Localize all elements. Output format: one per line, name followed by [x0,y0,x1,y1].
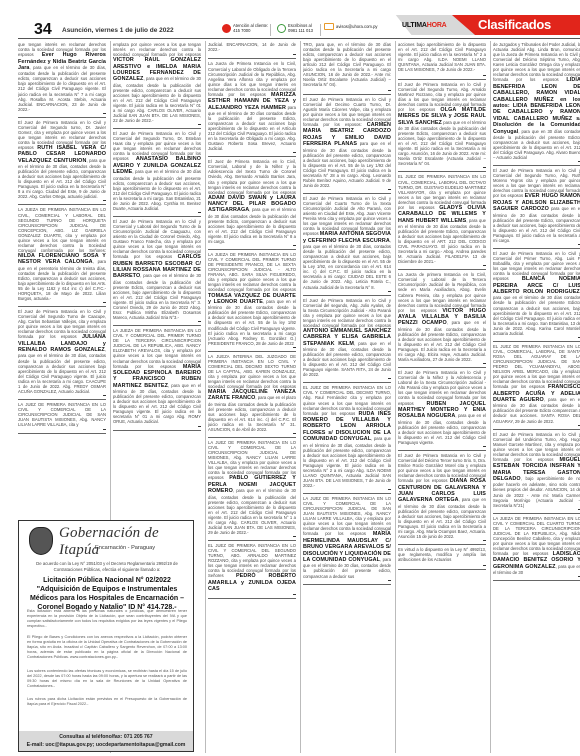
classified-ad: emplaza por quince veces a los que tenga… [113,41,201,129]
ad-body-text: El Juez de Primera Instancia en lo Civil… [208,159,296,194]
divider [270,24,271,36]
ad-body-text: , para que en el término de 30 días cont… [113,273,201,320]
classified-ad: El Juez de Primera Instancia en lo Civil… [493,250,580,342]
ad-body-text: , para que en el término de 30 días, con… [18,158,106,200]
ad-reference-mark: ▬ [208,244,296,247]
ad-body-text: , para que en el término de 30 días cont… [398,497,486,539]
column-3: Judicial. ENCARNACION, 14 de Junio de 20… [208,41,296,753]
ad-reference-mark: ▬ [303,377,391,380]
ad-reference-mark: ▬ [113,211,201,214]
ad-reference-mark: ▬ [493,243,580,246]
ad-body-text: , para que en el término de 30 días cont… [398,320,486,362]
ad-body-text: LA JUEZ DE PRIMERA INSTANCIA EN LO CIVIL… [208,440,296,480]
ad-body-text: , para que en el término de 30 días cont… [493,289,580,336]
ad-body-text: , para que en el término de 30 días, con… [18,347,106,394]
classified-ad: El Juez de Primera Instancia en lo Civil… [303,195,391,296]
ad-body-text: emplaza por quince veces a los que tenga… [113,42,201,57]
contact-value: 415 7000 [233,28,250,33]
ad-reference-mark: ▬ [398,166,486,169]
ad-reference-mark: ▬ [113,425,201,428]
classified-ad: EL JUEZ DE PRIMERA INSTANCIA EN LO CIVIL… [398,173,486,270]
ad-body-text: LA JUEZ DE PRIMERA INSTANCIA EN LO CIVIL… [18,402,106,427]
section-title: Clasificados [478,17,551,32]
ad-reference-mark: ▬ [493,575,580,578]
classified-ad: TRO, para que, en el término de 30 días … [303,41,391,95]
ad-body-text: de Juzgados y Tribunales del Poder Judic… [493,42,580,82]
whatsapp-icon [277,24,286,33]
ad-body-text: LA JUEZA DE PRIMERA INSTANCIA EN LO CIVI… [113,328,201,368]
ad-body-text: acciones bajo apercibimiento de lo dispu… [398,42,486,72]
ad-reference-mark: ▬ [303,290,391,293]
classified-ad: La Jueza de Primera Instancia en lo Civi… [208,60,296,157]
contact-value[interactable]: avisos@uhora.com.py [336,24,378,29]
ad-contact-footer: Consultas al teléfono/fax: 071 205 767 E… [19,731,193,751]
ad-body-text: El Juez de Primera Instancia en lo Civil… [303,298,391,328]
classified-ad: El Juez de Primera Instancia en lo Civil… [18,119,106,206]
ad-reference-mark: ▬ [303,188,391,191]
ad-intro: De acuerdo con la Ley N° 2051/03 y el De… [29,561,185,572]
ad-reference-mark: ▬ [208,432,296,435]
classified-ad: que tengan interés en reclamar derechos … [18,41,106,118]
classified-ad: Judicial. ENCARNACION, 14 de Junio de 20… [208,41,296,59]
classified-ad: El Juez de Primera Instancia en lo Civil… [398,81,486,173]
classified-ad: LA JUEZA DE PRIMERA INSTANCIA EN LO CIVI… [18,206,106,307]
ad-reference-mark: ▬ [208,151,296,154]
ad-reference-mark: ▬ [493,336,580,339]
coat-of-arms-icon [29,527,53,555]
ad-body-text: LA JUEZA DE PRIMERA INSTANCIA EN LO CIVI… [18,207,106,252]
classified-ad: LA JUEZA DE PRIMERA INSTANCIA EN LO CIVI… [208,251,296,352]
classified-ad: El Juez de Primera Instancia en lo Civil… [18,308,106,400]
ad-reference-mark: ▬ [398,445,486,448]
page-header: 34 Asunción, viernes 1 de julio de 2022 … [0,0,580,38]
classified-ad: El Juez de Primera Instancia en lo Civil… [493,431,580,514]
ad-reference-mark: ▬ [18,199,106,202]
classified-ad: El Juez de Primera Instancia en lo Civil… [493,167,580,249]
ad-body-text: , para que en el perentorio término de t… [18,259,106,301]
ad-body-text: para que en el término de 30 días contad… [303,141,391,188]
page-number: 34 [34,24,52,36]
contact-value: 0981 111 013 [288,28,313,33]
ad-body-text: Judicial. ENCARNACION, 14 de Junio de 20… [208,42,296,52]
ad-paragraph: Los sobres conteniendo las ofertas técni… [27,669,187,689]
ad-body-text: El Juez de Primera Instancia en lo Civil… [303,196,391,236]
ad-body-text: LA JUEZA INTERINA DEL JUZGADO DE PRIMERA… [208,354,296,389]
ad-body-text: , para que en el término de 30 días, con… [18,65,106,112]
classified-ad: El Juez de Primera Instancia en lo Civil… [113,130,201,217]
ad-body-text: EL JUEZ DE PRIMERA INSTANCIA EN LO CIVIL… [493,344,580,389]
ad-paragraph: Esta licitación está abierta a las perso… [27,609,187,629]
ad-body-text: , para que en el término de 30 días cont… [208,207,296,244]
classified-ad: de Juzgados y Tribunales del Poder Judic… [493,41,580,166]
ad-body-text: , para que en el término de 30 días, con… [303,341,391,378]
ad-body-text: LA JUEZA DE PRIMERA INSTANCIA EN LO CIVI… [493,516,580,556]
ad-reference-mark: ▬ [398,362,486,365]
ad-reference-mark: ▬ [303,488,391,491]
ad-party-names: LIDIA BENEFRIDA LEON DE CABALLERO, RAMON… [493,77,580,134]
classified-ad: EL JUEZ DE PRIMERA INSTANCIA EN LO CIVIL… [303,384,391,494]
ad-body-text: , para que en el término de 30 días, con… [303,238,391,290]
ad-reference-mark: ▬ [18,301,106,304]
ad-reference-mark: ▬ [208,535,296,538]
ad-headline: Licitación Pública Nacional N° 02/2022 "… [27,576,187,612]
classified-ad: En virtud a lo dispuesto en la Ley N° 49… [398,546,486,570]
ad-reference-mark: ▬ [113,123,201,126]
classified-ad: acciones bajo apercibimiento de lo dispu… [398,41,486,80]
whatsapp-contact: Escribinos al0981 111 013 [277,23,313,33]
ad-reference-mark: ▬ [18,394,106,397]
divider [320,24,321,36]
ad-reference-mark: ▬ [113,320,201,323]
ad-reference-mark: ▬ [493,160,580,163]
classified-ad: El Juez de Primera Instancia en lo Civil… [303,96,391,194]
phone-icon [222,24,231,33]
ad-reference-mark: ▬ [493,424,580,427]
classified-ad: EL JUEZ DE PRIMERA INSTANCIA EN LO CIVIL… [208,542,296,599]
ad-body-text: En virtud a lo dispuesto en la Ley N° 49… [398,547,486,562]
classified-ad: El Juez de Primera Instancia en lo Civil… [303,297,391,384]
ad-body-text: para que en el término de 30 días contad… [493,206,580,243]
ad-reference-mark: ▬ [398,264,486,267]
brand-logo: ULTIMAHORA [402,22,447,29]
ad-body-text: La Jueza de primera Instancia en lo Civi… [398,272,486,312]
ad-body-text: El Juez de Primera Instancia en lo Civil… [113,219,201,259]
ad-reference-mark: ▬ [493,508,580,511]
ad-body-text: LA JUEZA DE PRIMERA INSTANCIA EN LO CIVI… [208,252,296,292]
classified-ad: EL JUEZ DE PRIMERA INSTANCIA EN LO CIVIL… [493,343,580,430]
header-rule [18,38,580,39]
ad-subtitle: Encarnación - Paraguay [95,545,155,551]
ad-body-text: , para que en el término de 30 días cont… [113,169,201,211]
ad-paragraph: El Pliego de Bases y Condiciones con los… [27,635,187,660]
ad-body-text: , para que en el término de 30 días, con… [303,436,391,488]
ad-reference-mark: ▬ [18,428,106,431]
ad-body-text: LA JUEZ DE PRIMERA INSTANCIA EN LO CIVIL… [303,496,391,536]
ad-body-text: TRO, para que, en el término de 30 días … [303,42,391,87]
ad-body-text: para que en el término de 30 días contad… [398,120,486,167]
ad-body-text: para que en el término de 30 días contad… [208,105,296,152]
classified-ad: LA JUEZ DE PRIMERA INSTANCIA EN LO CIVIL… [208,439,296,541]
ad-reference-mark: ▬ [208,53,296,56]
government-tender-ad: Gobernación de Itapúa Encarnación - Para… [18,520,194,752]
column-2: emplaza por quince veces a los que tenga… [113,41,201,519]
ad-reference-mark: ▬ [303,89,391,92]
classified-ad: La Jueza de primera Instancia en lo Civi… [398,271,486,368]
ad-paragraph: Los rubros para dicha Licitación están p… [27,697,187,707]
ad-body-text: , para que en el término de 30 días, con… [113,76,201,123]
column-5: acciones bajo apercibimiento de lo dispu… [398,41,486,753]
ad-reference-mark: ▬ [398,539,486,542]
ad-title: Gobernación de Itapúa [59,525,193,559]
column-1: que tengan interés en reclamar derechos … [18,41,106,519]
ad-body-text: , para que en el término de 30 días cont… [398,218,486,265]
classified-ad: LA JUEZ DE PRIMERA INSTANCIA EN LO CIVIL… [303,495,391,585]
ad-body-text: , para que en el término de 30 días, con… [113,383,201,425]
column-4: TRO, para que, en el término de 30 días … [303,41,391,753]
classified-ad: LA JUEZA DE PRIMERA INSTANCIA EN LO CIVI… [113,327,201,430]
classified-ad: El Juez de Primera Instancia en lo Civil… [208,158,296,250]
ad-reference-mark: ▬ [303,579,391,582]
classified-ad: LA JUEZA DE PRIMERA INSTANCIA EN LO CIVI… [493,515,580,582]
column-6: de Juzgados y Tribunales del Poder Judic… [493,41,580,753]
classified-ad: El Juez de Primera Instancia en lo Civil… [113,218,201,326]
ad-reference-mark: ▬ [18,112,106,115]
classified-ad: El Juez de Primera Instancia en lo Civil… [398,452,486,545]
classified-ad: LA JUEZ DE PRIMERA INSTANCIA EN LO CIVIL… [18,401,106,435]
customer-service-contact: Atención al cliente:415 7000 [222,23,268,33]
page-date: Asunción, viernes 1 de julio de 2022 [62,27,174,34]
ad-reference-mark: ▬ [398,564,486,567]
ad-email[interactable]: E-mail: uoc@itapua.gov.py; uocdepartamen… [19,741,193,749]
classified-ad: El Juez de Primera Instancia en lo Civil… [398,369,486,451]
email-icon [324,23,334,30]
ad-body-text: , para que en el término de 30 días, con… [208,488,296,535]
ad-body-text: , para que en el término de 30 días cont… [208,299,296,346]
ad-phone: Consultas al teléfono/fax: 071 205 767 [19,733,193,741]
ad-reference-mark: ▬ [398,74,486,77]
ad-reference-mark: ▬ [208,346,296,349]
ad-reference-mark: ▬ [208,593,296,596]
email-contact[interactable]: avisos@uhora.com.py [324,23,378,30]
classified-ad: LA JUEZA INTERINA DEL JUZGADO DE PRIMERA… [208,353,296,438]
ad-body-text: , para que en el plazo de treinta días c… [208,395,296,432]
